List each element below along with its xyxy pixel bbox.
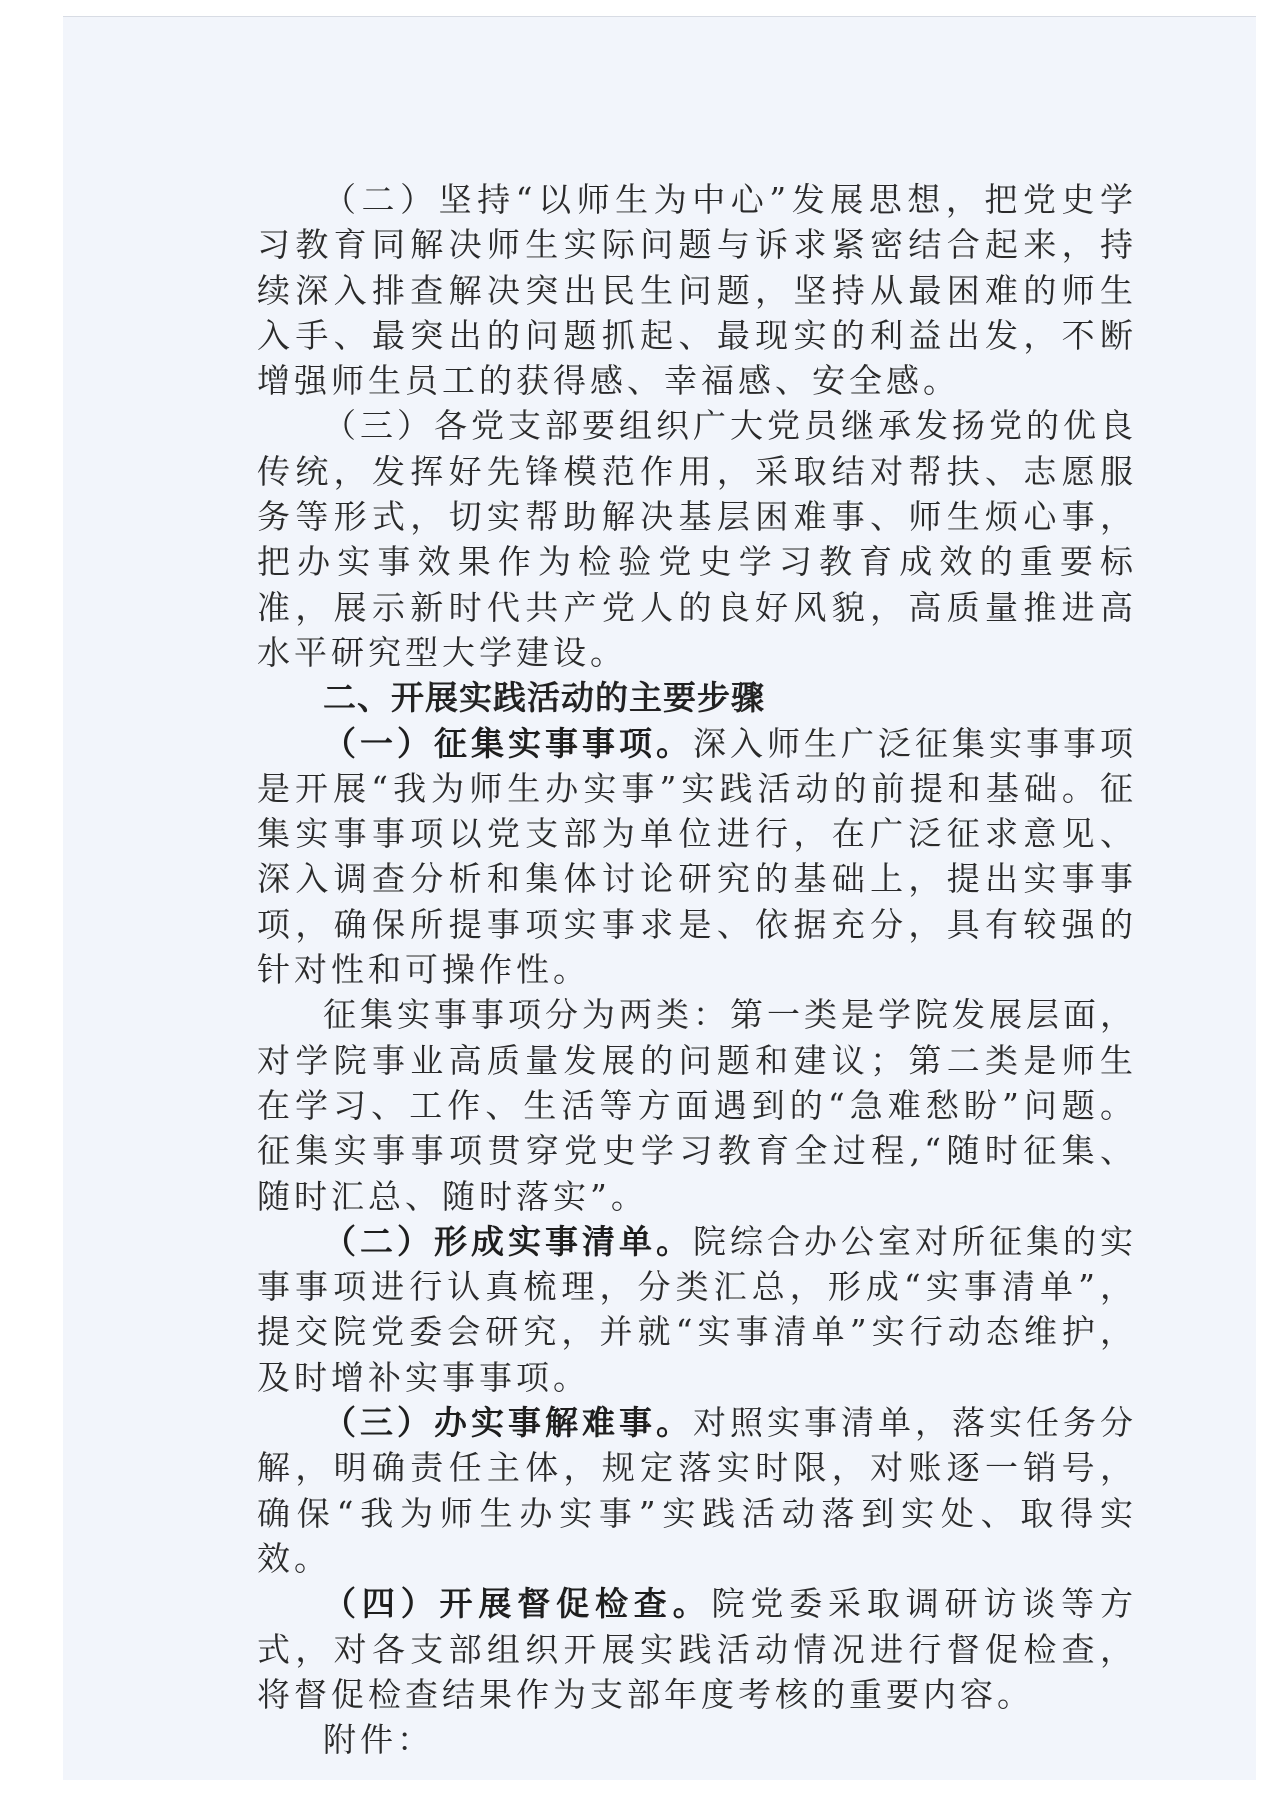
paragraph-step-3-solve: （三）办实事解难事。对照实事清单，落实任务分解，明确责任主体，规定落实时限，对账… (257, 1400, 1137, 1581)
paragraph-step-4-inspect: （四）开展督促检查。院党委采取调研访谈等方式，对各支部组织开展实践活动情况进行督… (257, 1581, 1137, 1717)
paragraph-lead: （三）办实事解难事。 (323, 1403, 693, 1442)
document-page: （二）坚持“以师生为中心”发展思想，把党史学习教育同解决师生实际问题与诉求紧密结… (63, 16, 1256, 1780)
paragraph-3-party-branches: （三）各党支部要组织广大党员继承发扬党的优良传统，发挥好先锋模范作用，采取结对帮… (257, 403, 1137, 675)
paragraph-step-2-list: （二）形成实事清单。院综合办公室对所征集的实事事项进行认真梳理，分类汇总，形成“… (257, 1219, 1137, 1400)
paragraph-step-1-collect: （一）征集实事事项。深入师生广泛征集实事事项是开展“我为师生办实事”实践活动的前… (257, 721, 1137, 993)
section-heading-main-steps: 二、开展实践活动的主要步骤 (257, 675, 1137, 720)
document-body: （二）坚持“以师生为中心”发展思想，把党史学习教育同解决师生实际问题与诉求紧密结… (257, 177, 1137, 1762)
paragraph-lead: （一）征集实事事项。 (323, 724, 693, 763)
attachment-label: 附件： (257, 1717, 1137, 1762)
paragraph-2-people-centered: （二）坚持“以师生为中心”发展思想，把党史学习教育同解决师生实际问题与诉求紧密结… (257, 177, 1137, 403)
paragraph-text: （三）各党支部要组织广大党员继承发扬党的优良传统，发挥好先锋模范作用，采取结对帮… (257, 406, 1137, 671)
paragraph-text: （二）坚持“以师生为中心”发展思想，把党史学习教育同解决师生实际问题与诉求紧密结… (257, 180, 1137, 400)
paragraph-collect-categories: 征集实事事项分为两类：第一类是学院发展层面，对学院事业高质量发展的问题和建议；第… (257, 992, 1137, 1218)
paragraph-text: 征集实事事项分为两类：第一类是学院发展层面，对学院事业高质量发展的问题和建议；第… (257, 995, 1137, 1215)
paragraph-lead: （二）形成实事清单。 (323, 1222, 693, 1261)
paragraph-lead: （四）开展督促检查。 (323, 1584, 712, 1623)
paragraph-text: 深入师生广泛征集实事事项是开展“我为师生办实事”实践活动的前提和基础。征集实事事… (257, 724, 1137, 989)
